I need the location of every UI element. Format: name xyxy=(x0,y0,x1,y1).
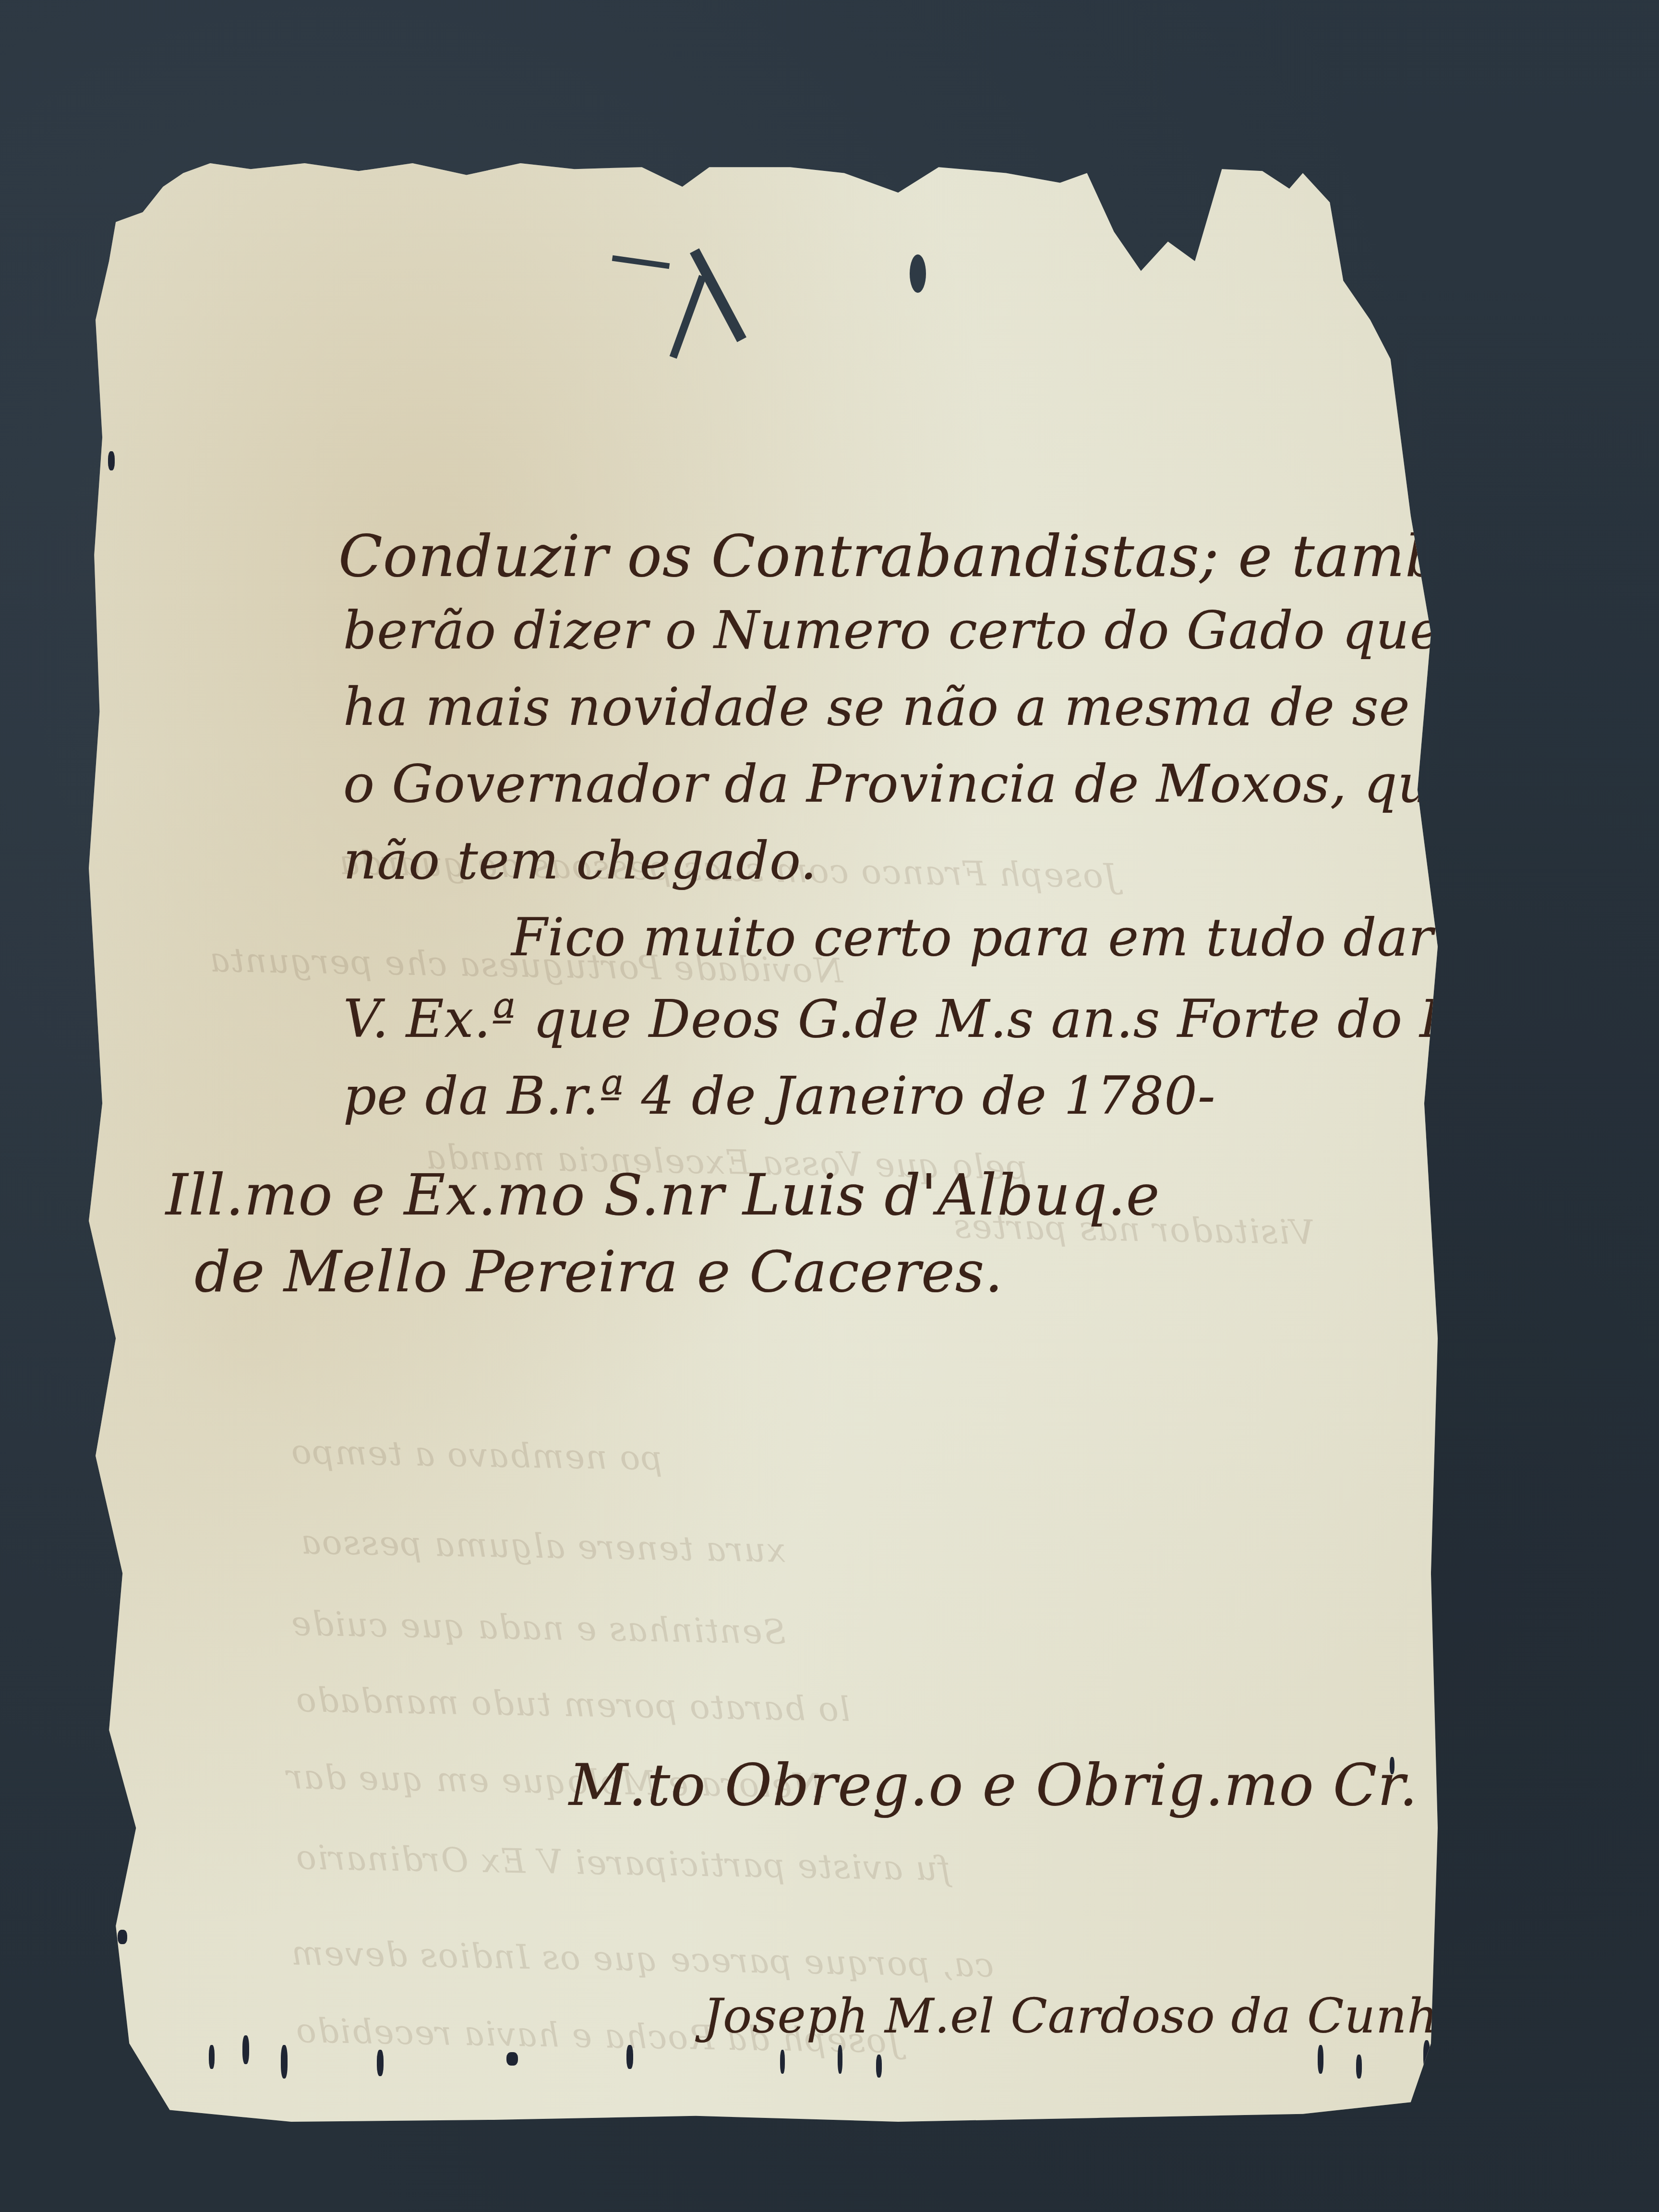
addressee-line: Ill.mo e Ex.mo S.nr Luis d'Albuq.e xyxy=(166,1166,1160,1223)
ink-spot xyxy=(506,2052,518,2066)
bleed-through-line: ca, porque parece que os Indios devem xyxy=(290,1933,994,1985)
ink-spot xyxy=(838,2045,842,2074)
bleed-through-line: lo barato porem tudo mandado xyxy=(295,1680,851,1729)
ink-spot xyxy=(876,2055,882,2078)
ink-spot xyxy=(242,2035,249,2064)
ink-spot xyxy=(209,2045,215,2069)
letter-body-line: V. Ex.ª que Deos G.de M.s an.s Forte do … xyxy=(343,994,1596,1046)
ink-spot xyxy=(780,2050,785,2074)
ink-spot xyxy=(1390,1757,1395,1774)
ink-spot xyxy=(626,2045,633,2069)
bleed-through-line: po nembavo a tempo xyxy=(290,1432,663,1478)
letter-body-line: pe da B.r.ª 4 de Janeiro de 1780- xyxy=(343,1070,1215,1122)
ink-spot xyxy=(281,2045,288,2079)
addressee-line: de Mello Pereira e Caceres. xyxy=(194,1243,1003,1300)
paper-tear xyxy=(612,255,670,269)
signature: Joseph M.el Cardoso da Cunha xyxy=(703,1992,1467,2040)
paper-tear xyxy=(910,254,926,293)
bleed-through-line: fu aviste participarei V Ex Ordinario xyxy=(295,1838,951,1888)
ink-spot xyxy=(108,451,115,470)
bleed-through-line: Sentinhas e nada que cuide xyxy=(290,1604,786,1652)
ink-spot xyxy=(377,2050,384,2076)
ink-spot xyxy=(1318,2045,1323,2074)
manuscript-page: Joseph Franco com suas pessoas de guarda… xyxy=(89,163,1438,2122)
paper-tear xyxy=(670,275,707,359)
ink-spot xyxy=(1356,2055,1362,2079)
bleed-through-line: xura tenere alguma pessoa xyxy=(300,1522,786,1570)
letter-body-line: não tem chegado. xyxy=(343,835,817,887)
ink-spot xyxy=(118,1930,127,1944)
